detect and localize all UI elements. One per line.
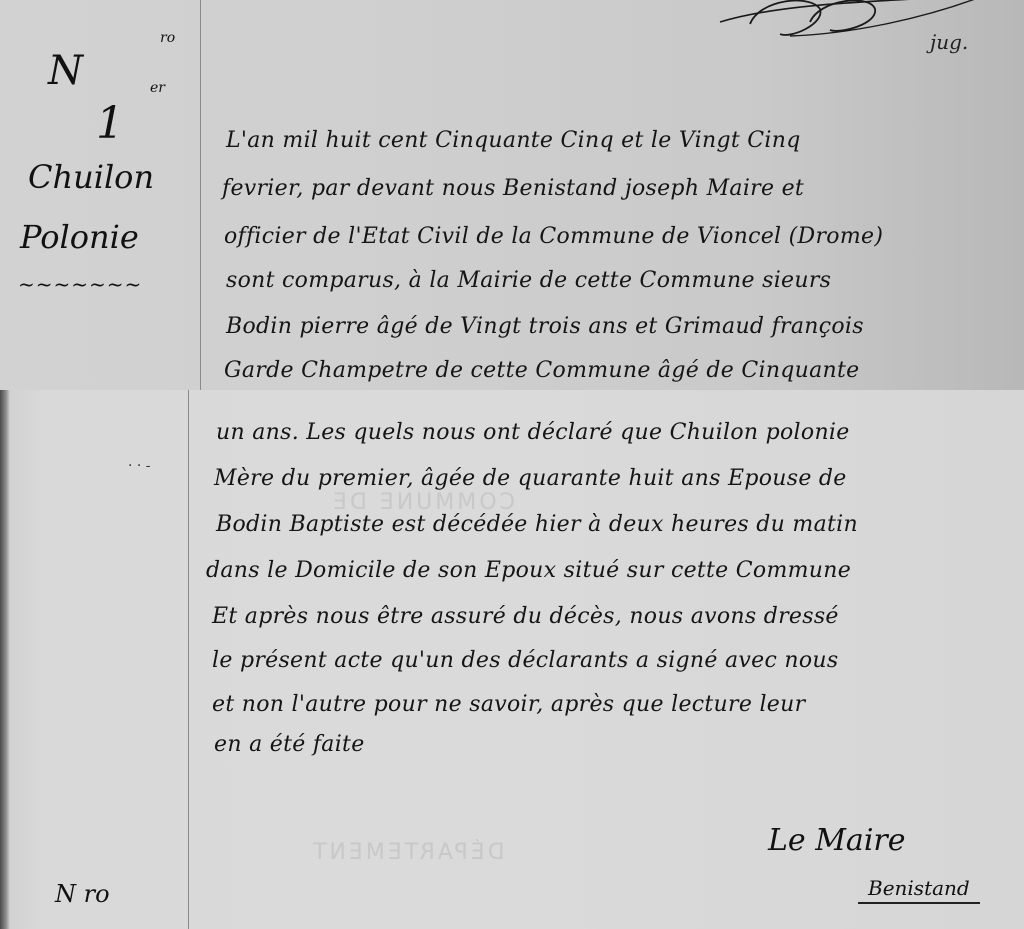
margin-rule-line	[188, 390, 189, 929]
body-line: Et après nous être assuré du décès, nous…	[212, 604, 839, 629]
next-entry-number: N ro	[55, 880, 110, 908]
entry-number-label: N	[48, 48, 83, 94]
body-line: fevrier, par devant nous Benistand josep…	[222, 176, 804, 201]
judge-annotation: jug.	[930, 30, 968, 54]
entry-ordinal: er	[150, 80, 165, 96]
mayor-signature: Benistand	[858, 876, 980, 904]
margin-flourish: ~~~~~~~	[18, 272, 142, 296]
body-line: Bodin Baptiste est décédée hier à deux h…	[216, 512, 858, 537]
body-line: Bodin pierre âgé de Vingt trois ans et G…	[226, 314, 864, 339]
entry-number: 1	[96, 98, 124, 149]
body-line: L'an mil huit cent Cinquante Cinq et le …	[226, 128, 801, 153]
binding-edge	[0, 390, 10, 929]
margin-ink-marks: · · -	[128, 458, 151, 474]
scan-bottom-portion: · · - COMMUNE DE DÉPARTEMENT un ans. Les…	[0, 390, 1024, 929]
document-page: jug. N ro 1 er Chuilon Polonie ~~~~~~~ L…	[0, 0, 1024, 929]
deceased-surname: Chuilon	[28, 158, 154, 196]
body-line: Garde Champetre de cette Commune âgé de …	[224, 358, 859, 383]
body-line: Mère du premier, âgée de quarante huit a…	[214, 466, 847, 491]
signature-title: Le Maire	[768, 823, 906, 858]
bleed-through-text: DÉPARTEMENT	[310, 840, 505, 865]
body-line: et non l'autre pour ne savoir, après que…	[212, 692, 805, 717]
entry-number-superscript: ro	[160, 30, 175, 46]
body-line: dans le Domicile de son Epoux situé sur …	[206, 558, 851, 583]
body-line: un ans. Les quels nous ont déclaré que C…	[216, 420, 850, 445]
body-line: sont comparus, à la Mairie de cette Comm…	[226, 268, 831, 293]
scan-top-portion: jug. N ro 1 er Chuilon Polonie ~~~~~~~ L…	[0, 0, 1024, 390]
body-line: officier de l'Etat Civil de la Commune d…	[224, 224, 883, 249]
margin-rule-line	[200, 0, 201, 390]
deceased-given-name: Polonie	[20, 218, 139, 256]
body-line: le présent acte qu'un des déclarants a s…	[212, 648, 838, 673]
body-line: en a été faite	[214, 732, 365, 757]
